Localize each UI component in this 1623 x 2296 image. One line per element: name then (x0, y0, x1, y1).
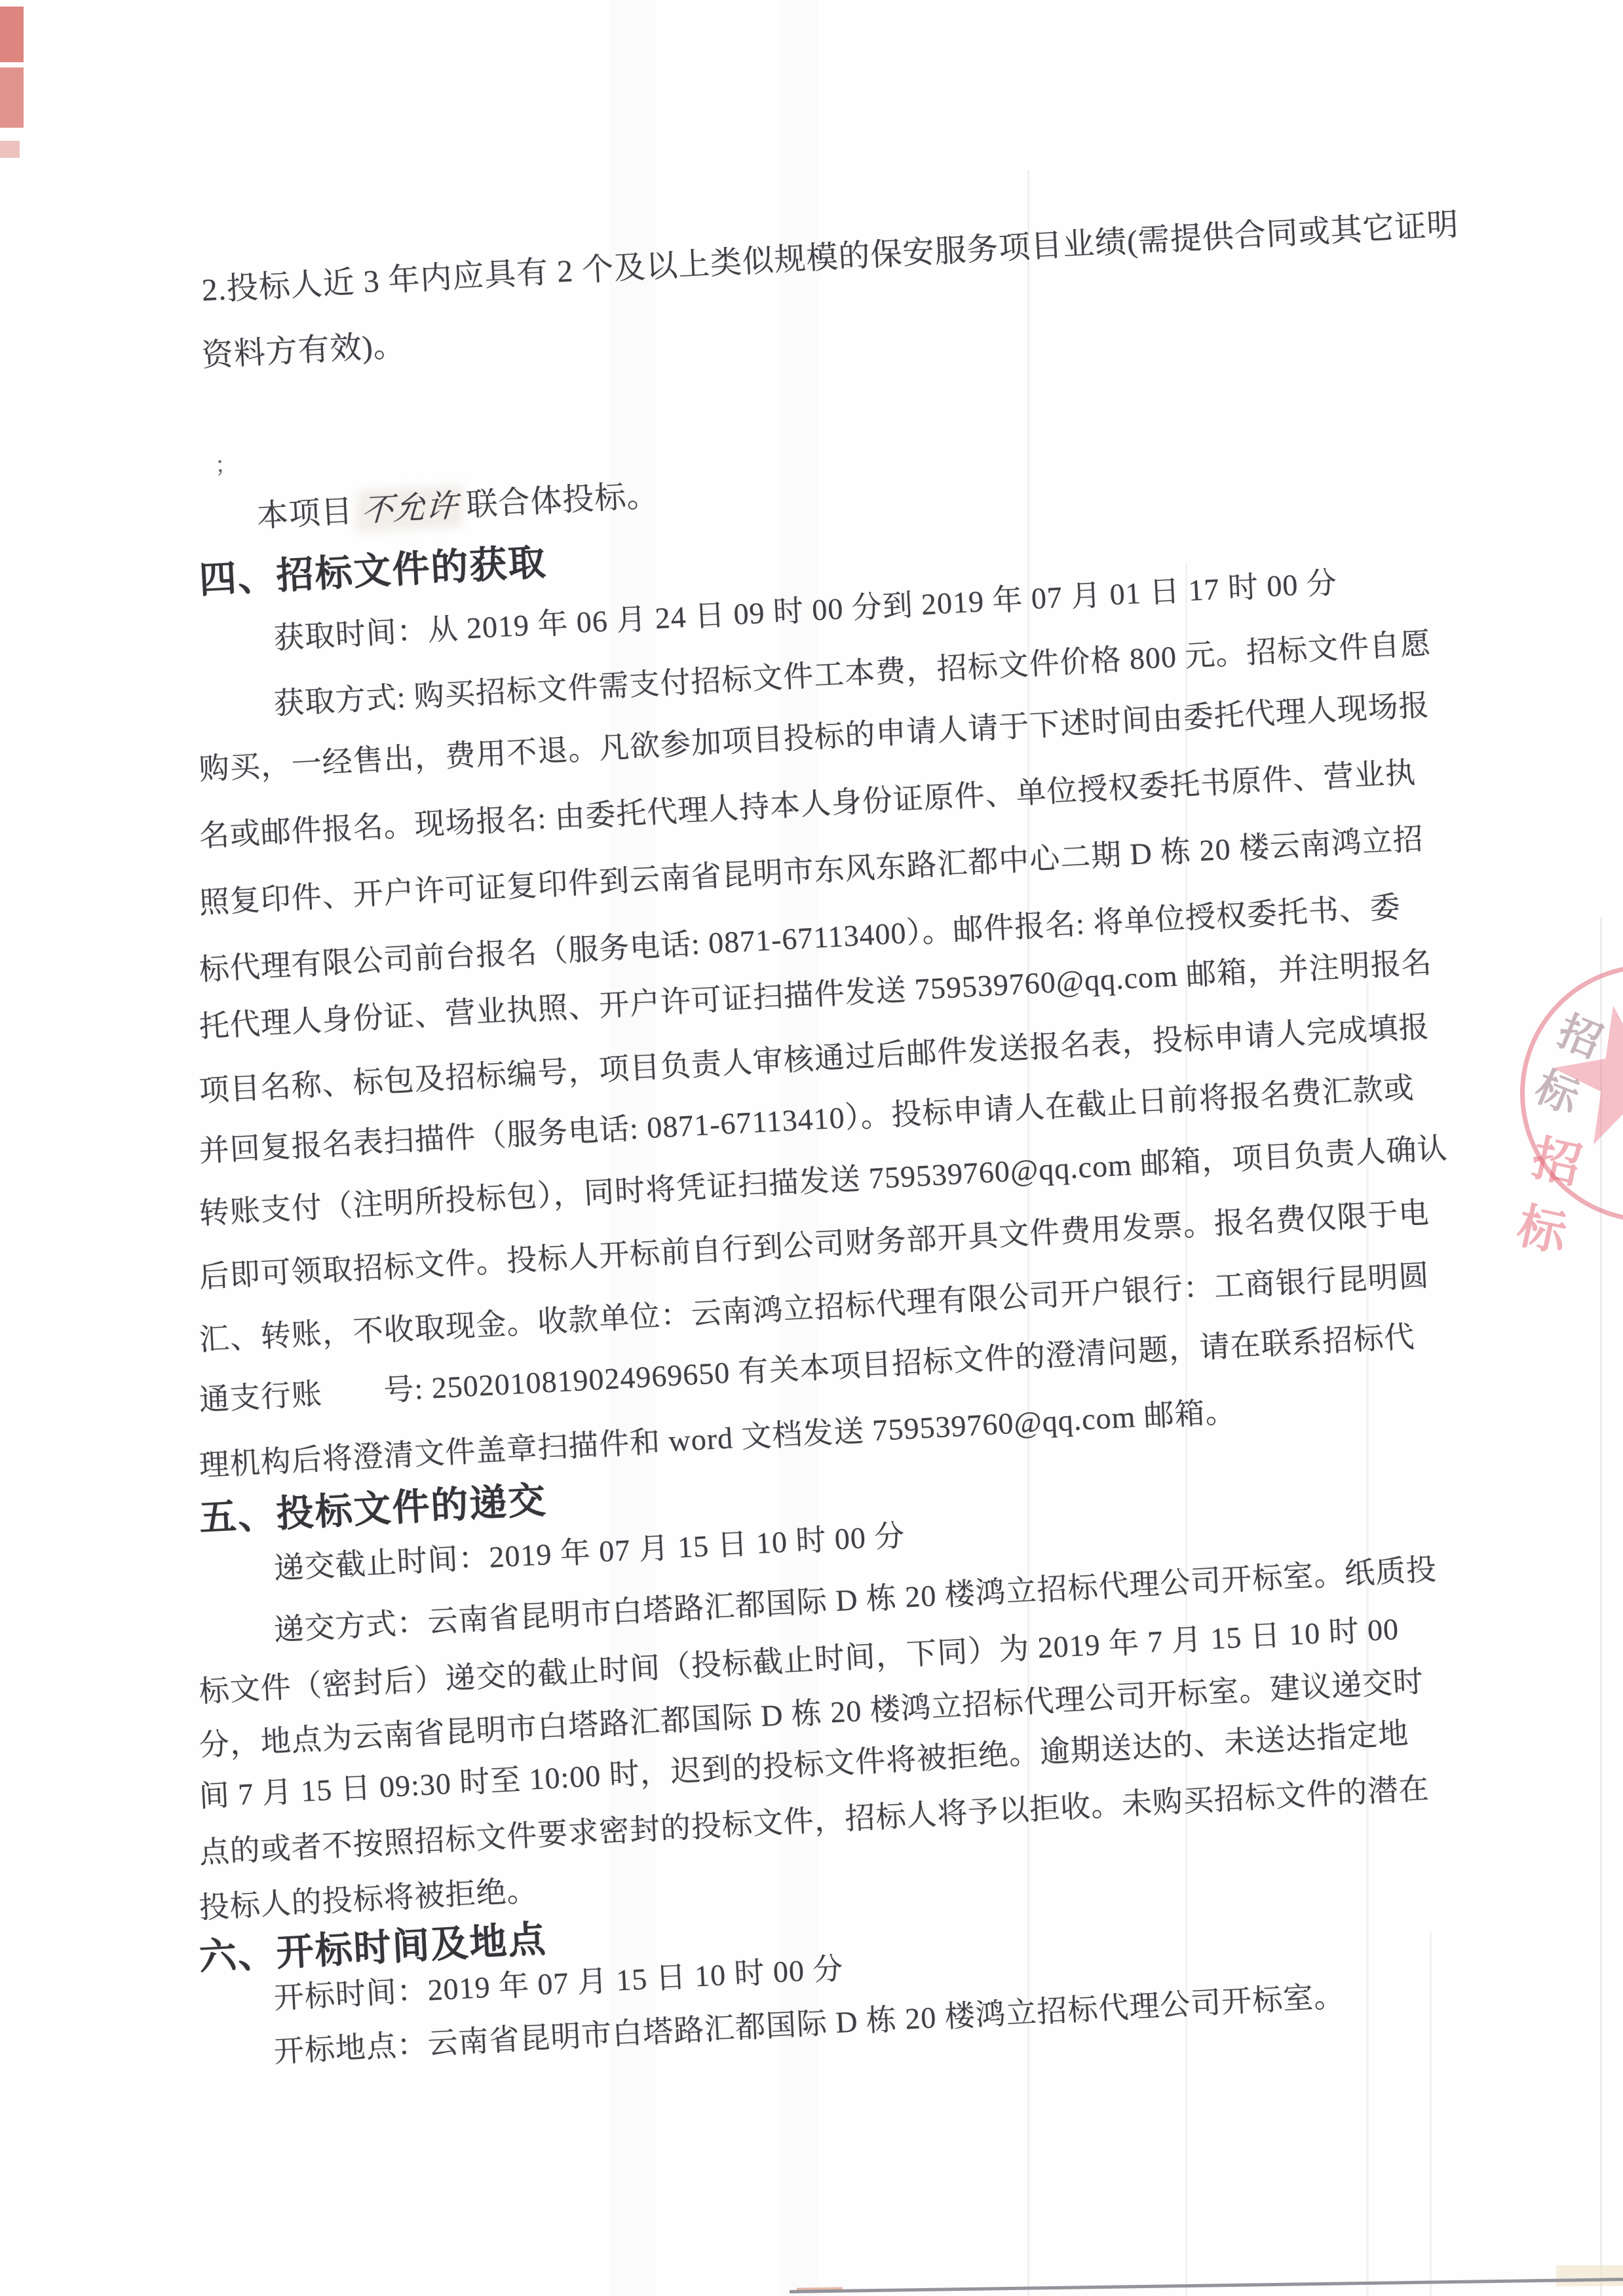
section-5-line-7: 投标人的投标将被拒绝。 (199, 1875, 539, 1923)
stray-mark: ； (214, 454, 239, 478)
scanned-document-page: 2.投标人近 3 年内应具有 2 个及以上类似规模的保安服务项目业绩(需提供合同… (0, 0, 1623, 2296)
stamp-arc-text-bottom: 招标 (1512, 1120, 1623, 1275)
joint-venture-emphasis: 不允许 (361, 491, 459, 527)
scan-band (780, 0, 819, 2296)
corner-red-mark (0, 141, 20, 158)
joint-venture-prefix: 本项目 (256, 494, 354, 534)
bottom-tint-patch (1556, 2265, 1623, 2286)
intro-line-2: 资料方有效)。 (201, 330, 406, 372)
joint-venture-line: 本项目 不允许 联合体投标。 (256, 480, 660, 533)
paper-bottom-edge (790, 2278, 1623, 2293)
section-6-heading: 六、开标时间及地点 (199, 1921, 548, 1976)
scan-band (609, 0, 655, 2296)
corner-red-mark (0, 7, 24, 62)
scan-streak (1430, 1932, 1432, 2296)
section-4-heading: 四、招标文件的获取 (199, 544, 548, 599)
intro-line-1: 2.投标人近 3 年内应具有 2 个及以上类似规模的保安服务项目业绩(需提供合同… (201, 209, 1460, 306)
section-4-line-14: 理机构后将澄清文件盖章扫描件和 word 文档发送 759539760@qq.c… (199, 1397, 1237, 1481)
corner-red-mark (0, 67, 24, 128)
section-5-heading: 五、投标文件的递交 (199, 1482, 548, 1537)
